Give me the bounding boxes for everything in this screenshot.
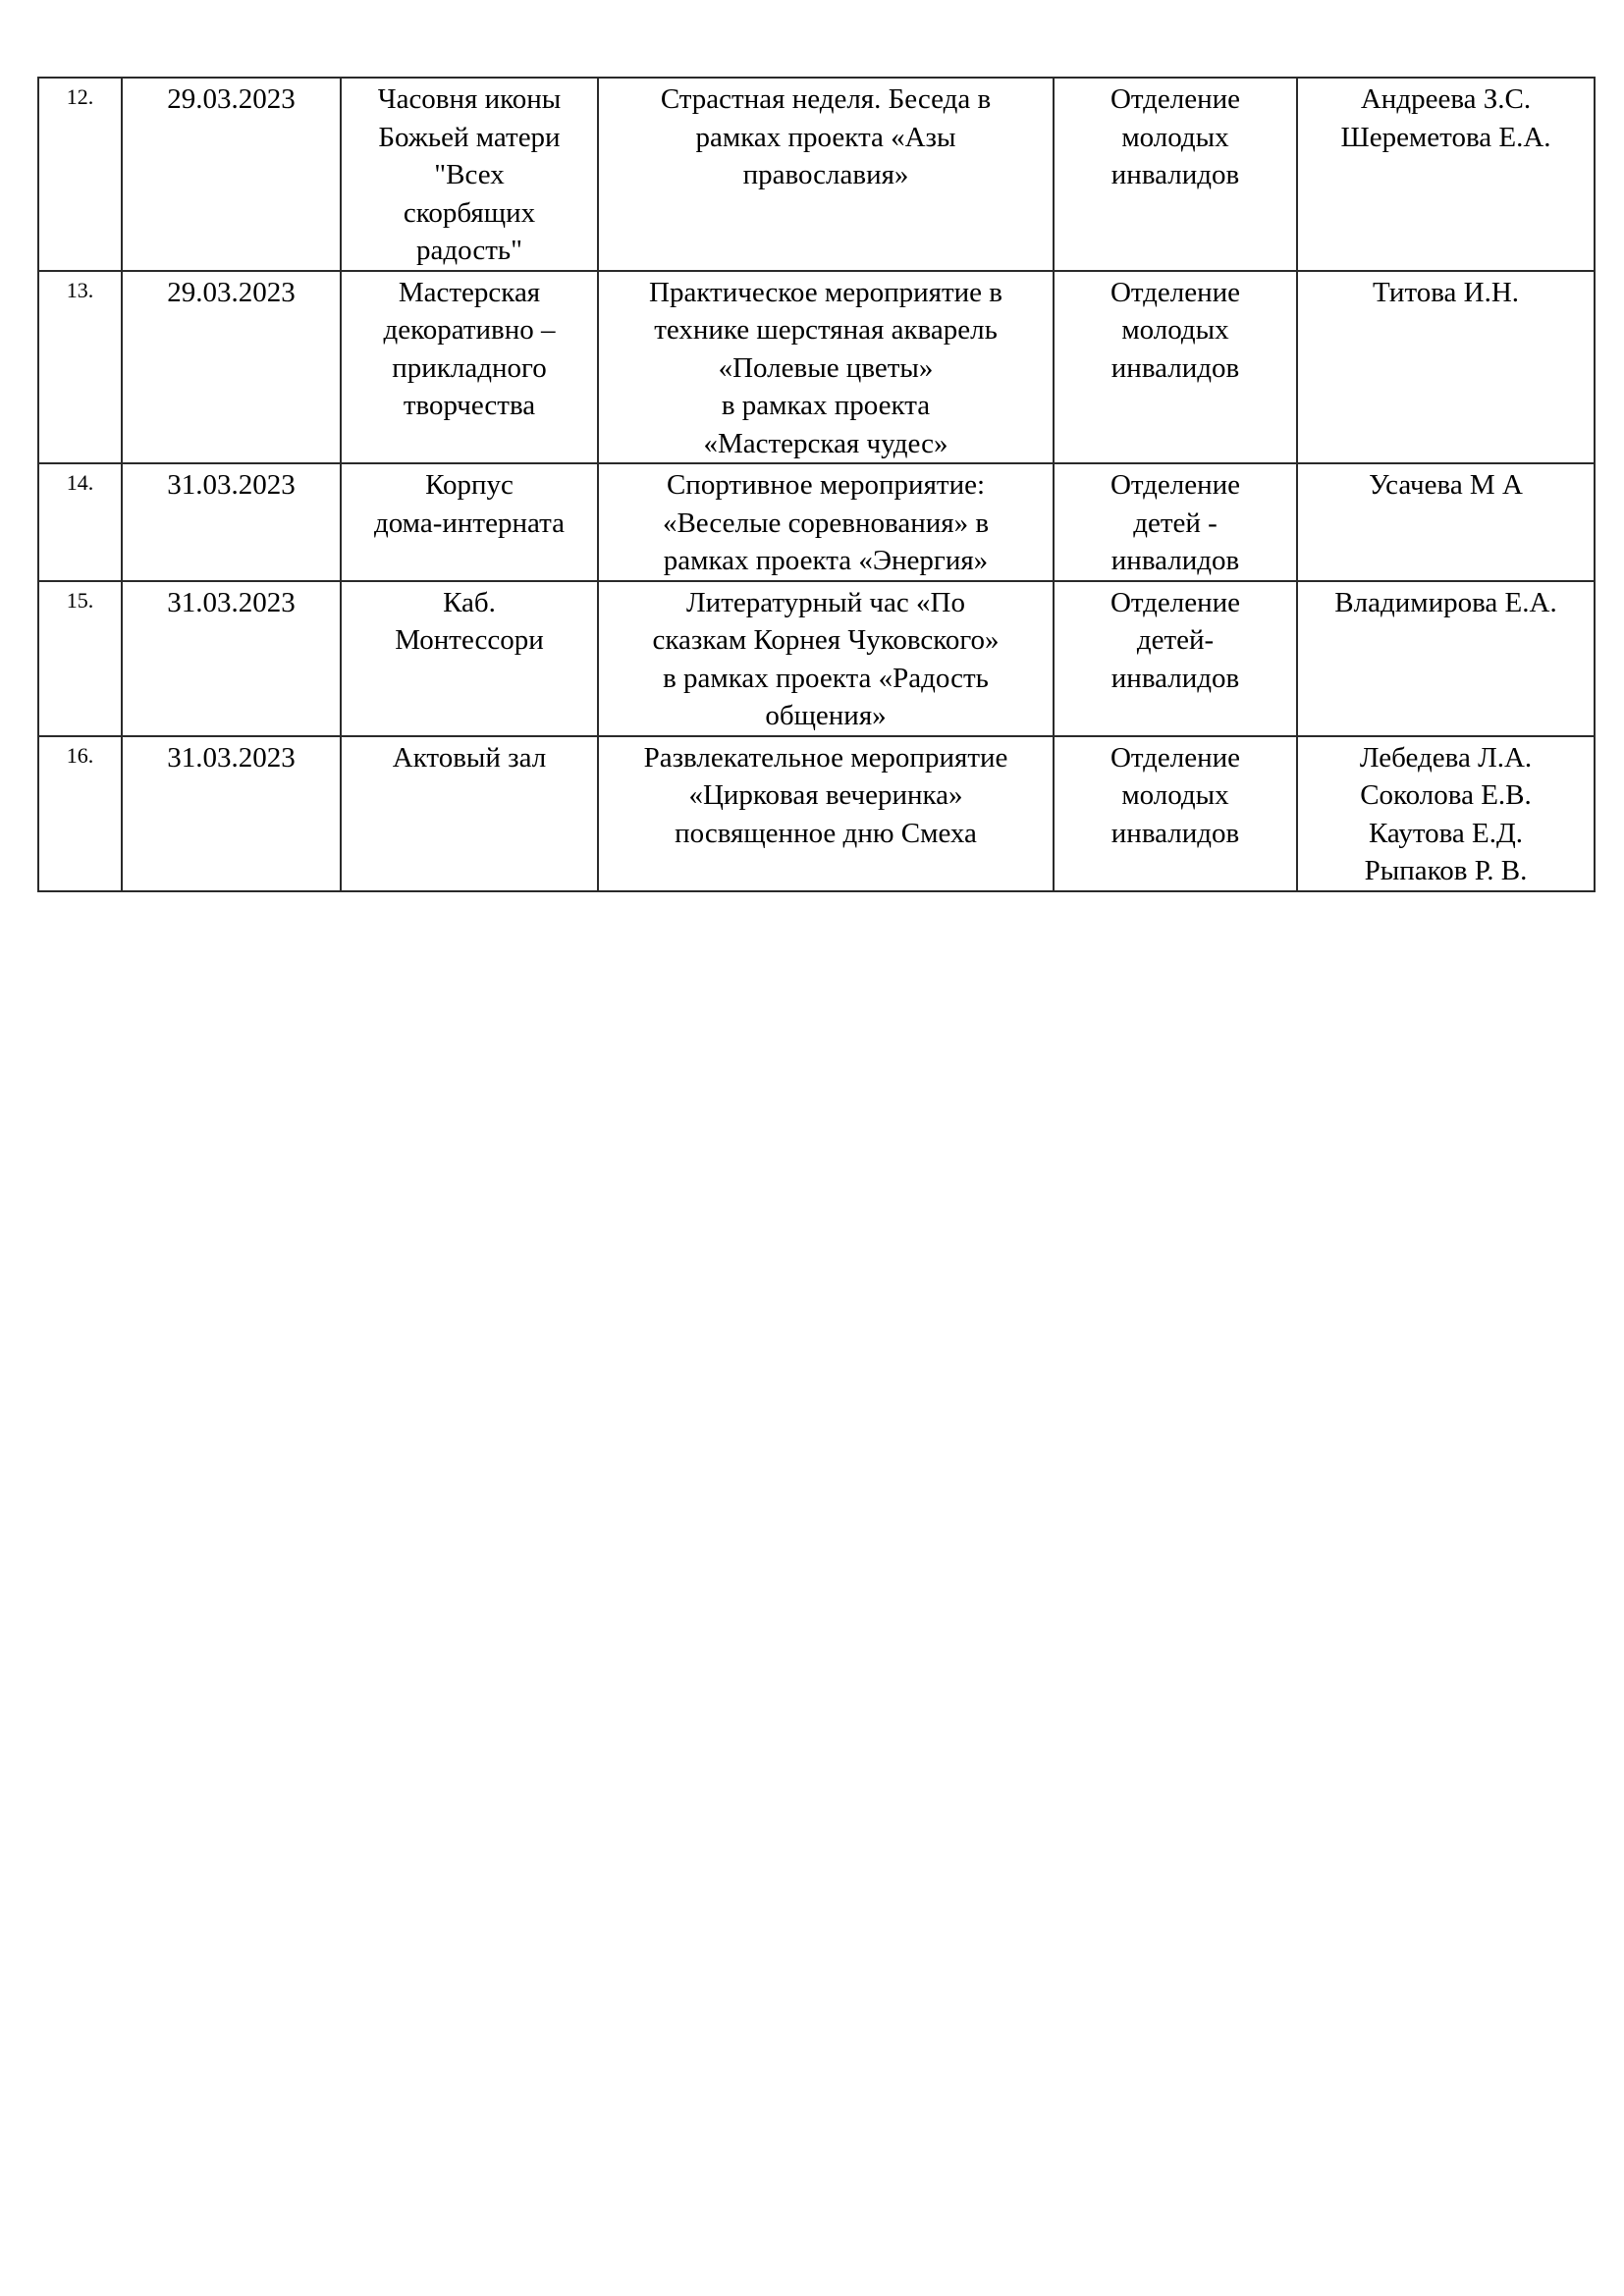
row-number: 14. — [38, 463, 122, 581]
row-number: 15. — [38, 581, 122, 736]
row-number: 12. — [38, 78, 122, 271]
event-description: Литературный час «По сказкам Корнея Чуко… — [598, 581, 1054, 736]
responsible-persons: Андреева З.С. Шереметова Е.А. — [1297, 78, 1595, 271]
table-row: 13. 29.03.2023 Мастерская декоративно – … — [38, 271, 1595, 464]
event-date: 29.03.2023 — [122, 78, 341, 271]
event-date: 31.03.2023 — [122, 581, 341, 736]
table-row: 15. 31.03.2023 Каб. Монтессори Литератур… — [38, 581, 1595, 736]
table-row: 12. 29.03.2023 Часовня иконы Божьей мате… — [38, 78, 1595, 271]
table-row: 14. 31.03.2023 Корпус дома-интерната Спо… — [38, 463, 1595, 581]
event-date: 31.03.2023 — [122, 463, 341, 581]
event-place: Часовня иконы Божьей матери "Всех скорбя… — [341, 78, 598, 271]
event-description: Развлекательное мероприятие «Цирковая ве… — [598, 736, 1054, 891]
department: Отделение детей- инвалидов — [1054, 581, 1297, 736]
department: Отделение детей - инвалидов — [1054, 463, 1297, 581]
event-date: 29.03.2023 — [122, 271, 341, 464]
responsible-persons: Титова И.Н. — [1297, 271, 1595, 464]
department: Отделение молодых инвалидов — [1054, 271, 1297, 464]
event-description: Страстная неделя. Беседа в рамках проект… — [598, 78, 1054, 271]
table-row: 16. 31.03.2023 Актовый зал Развлекательн… — [38, 736, 1595, 891]
events-schedule-table: 12. 29.03.2023 Часовня иконы Божьей мате… — [37, 77, 1596, 892]
department: Отделение молодых инвалидов — [1054, 736, 1297, 891]
event-place: Мастерская декоративно – прикладного тво… — [341, 271, 598, 464]
department: Отделение молодых инвалидов — [1054, 78, 1297, 271]
responsible-persons: Усачева М А — [1297, 463, 1595, 581]
responsible-persons: Владимирова Е.А. — [1297, 581, 1595, 736]
event-place: Актовый зал — [341, 736, 598, 891]
row-number: 16. — [38, 736, 122, 891]
event-place: Корпус дома-интерната — [341, 463, 598, 581]
event-description: Спортивное мероприятие: «Веселые соревно… — [598, 463, 1054, 581]
event-description: Практическое мероприятие в технике шерст… — [598, 271, 1054, 464]
event-date: 31.03.2023 — [122, 736, 341, 891]
event-place: Каб. Монтессори — [341, 581, 598, 736]
responsible-persons: Лебедева Л.А. Соколова Е.В. Каутова Е.Д.… — [1297, 736, 1595, 891]
row-number: 13. — [38, 271, 122, 464]
